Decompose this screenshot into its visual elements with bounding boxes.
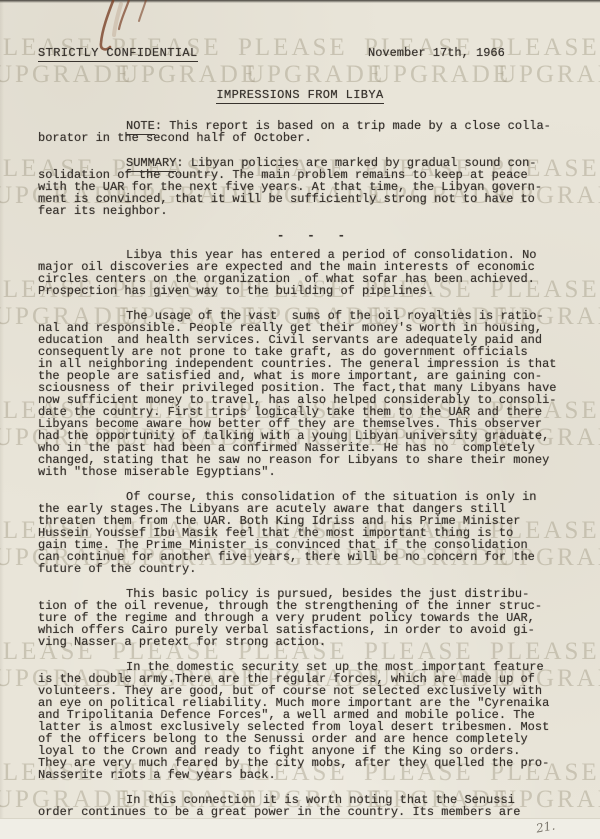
paragraph: In this connection it is worth noting th… — [38, 794, 586, 818]
scanned-document-page: PLEASEUPGRADEPLEASEUPGRADEPLEASEUPGRADEP… — [0, 0, 600, 839]
scan-edge-bottom — [0, 818, 600, 839]
classification-stamp: STRICTLY CONFIDENTIAL — [38, 46, 198, 62]
paragraph: SUMMARY: Libyan policies are marked by g… — [38, 157, 586, 217]
scan-edge-left — [0, 0, 4, 839]
document-body: NOTE: This report is based on a trip mad… — [38, 120, 586, 831]
paragraph: NOTE: This report is based on a trip mad… — [38, 120, 586, 144]
paragraph-label: SUMMARY — [126, 156, 176, 172]
paragraph: In the domestic security set up the most… — [38, 661, 586, 781]
paragraph: Libya this year has entered a period of … — [38, 249, 586, 297]
watermark-word-please: PLEASE — [490, 34, 600, 62]
document-title: IMPRESSIONS FROM LIBYA — [216, 88, 383, 104]
paragraph: Of course, this consolidation of the sit… — [38, 491, 586, 575]
watermark-word-please: PLEASE — [238, 34, 348, 62]
paragraph-label: NOTE — [126, 119, 155, 135]
document-date: November 17th, 1966 — [368, 46, 505, 60]
section-divider: - - - — [38, 230, 586, 242]
paragraph: This basic policy is pursued, besides th… — [38, 588, 586, 648]
scan-edge-top — [0, 0, 600, 3]
paragraph: The usage of the vast sums of the oil ro… — [38, 310, 586, 478]
